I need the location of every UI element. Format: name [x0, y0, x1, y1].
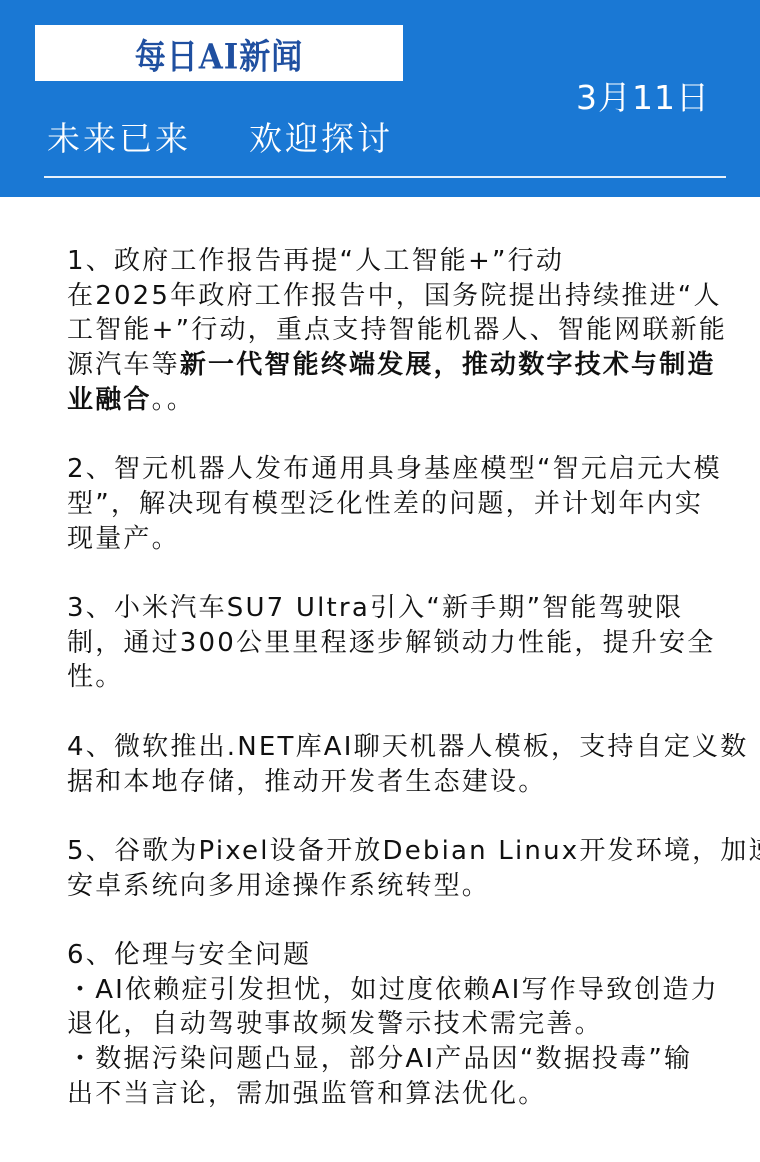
news-heading: 1、政府工作报告再提“人工智能+”行动: [67, 244, 707, 279]
news-body-line: 出不当言论，需加强监管和算法优化。: [67, 1077, 707, 1112]
header-divider: [44, 176, 726, 178]
slogan: 未来已来 欢迎探讨: [47, 118, 393, 160]
page-title: 每日AI新闻: [135, 28, 304, 78]
plain-text: 。。: [152, 385, 195, 415]
news-item-3: 3、小米汽车SU7 Ultra引入“新手期”智能驾驶限 制，通过300公里里程逐…: [67, 591, 707, 695]
news-item-6: 6、伦理与安全问题 ・AI依赖症引发担忧，如过度依赖AI写作导致创造力 退化，自…: [67, 938, 707, 1112]
news-body-line: 工智能+”行动，重点支持智能机器人、智能网联新能: [67, 313, 707, 348]
news-body-line: 制，通过300公里里程逐步解锁动力性能，提升安全: [67, 626, 707, 661]
header-banner: 每日AI新闻 3月11日 未来已来 欢迎探讨: [0, 0, 760, 197]
news-body-line: 退化，自动驾驶事故频发警示技术需完善。: [67, 1007, 707, 1042]
news-body-line: 据和本地存储，推动开发者生态建设。: [67, 765, 707, 800]
news-list: 1、政府工作报告再提“人工智能+”行动 在2025年政府工作报告中，国务院提出持…: [67, 244, 707, 1146]
news-body-line: 3、小米汽车SU7 Ultra引入“新手期”智能驾驶限: [67, 591, 707, 626]
news-item-2: 2、智元机器人发布通用具身基座模型“智元启元大模 型”，解决现有模型泛化性差的问…: [67, 452, 707, 556]
news-body-line: 2、智元机器人发布通用具身基座模型“智元启元大模: [67, 452, 707, 487]
news-heading: 6、伦理与安全问题: [67, 938, 707, 973]
slogan-right: 欢迎探讨: [249, 118, 393, 160]
news-body-line: 在2025年政府工作报告中，国务院提出持续推进“人: [67, 279, 707, 314]
news-item-5: 5、谷歌为Pixel设备开放Debian Linux开发环境，加速 安卓系统向多…: [67, 834, 707, 903]
news-body-line: 5、谷歌为Pixel设备开放Debian Linux开发环境，加速: [67, 834, 707, 869]
news-body-line: 源汽车等新一代智能终端发展，推动数字技术与制造: [67, 348, 707, 383]
bullet-line: ・数据污染问题凸显，部分AI产品因“数据投毒”输: [67, 1042, 707, 1077]
plain-text: 源汽车等: [67, 350, 180, 380]
news-body-line: 性。: [67, 660, 707, 695]
date-label: 3月11日: [576, 78, 710, 118]
news-item-1: 1、政府工作报告再提“人工智能+”行动 在2025年政府工作报告中，国务院提出持…: [67, 244, 707, 418]
news-item-4: 4、微软推出.NET库AI聊天机器人模板，支持自定义数 据和本地存储，推动开发者…: [67, 730, 707, 799]
bold-text: 业融合: [67, 385, 152, 415]
slogan-left: 未来已来: [47, 118, 191, 160]
bold-text: 新一代智能终端发展，推动数字技术与制造: [180, 350, 716, 380]
bullet-line: ・AI依赖症引发担忧，如过度依赖AI写作导致创造力: [67, 973, 707, 1008]
news-body-line: 业融合。。: [67, 383, 707, 418]
news-body-line: 安卓系统向多用途操作系统转型。: [67, 869, 707, 904]
news-body-line: 现量产。: [67, 522, 707, 557]
news-body-line: 4、微软推出.NET库AI聊天机器人模板，支持自定义数: [67, 730, 707, 765]
title-box: 每日AI新闻: [35, 25, 403, 81]
news-body-line: 型”，解决现有模型泛化性差的问题，并计划年内实: [67, 487, 707, 522]
